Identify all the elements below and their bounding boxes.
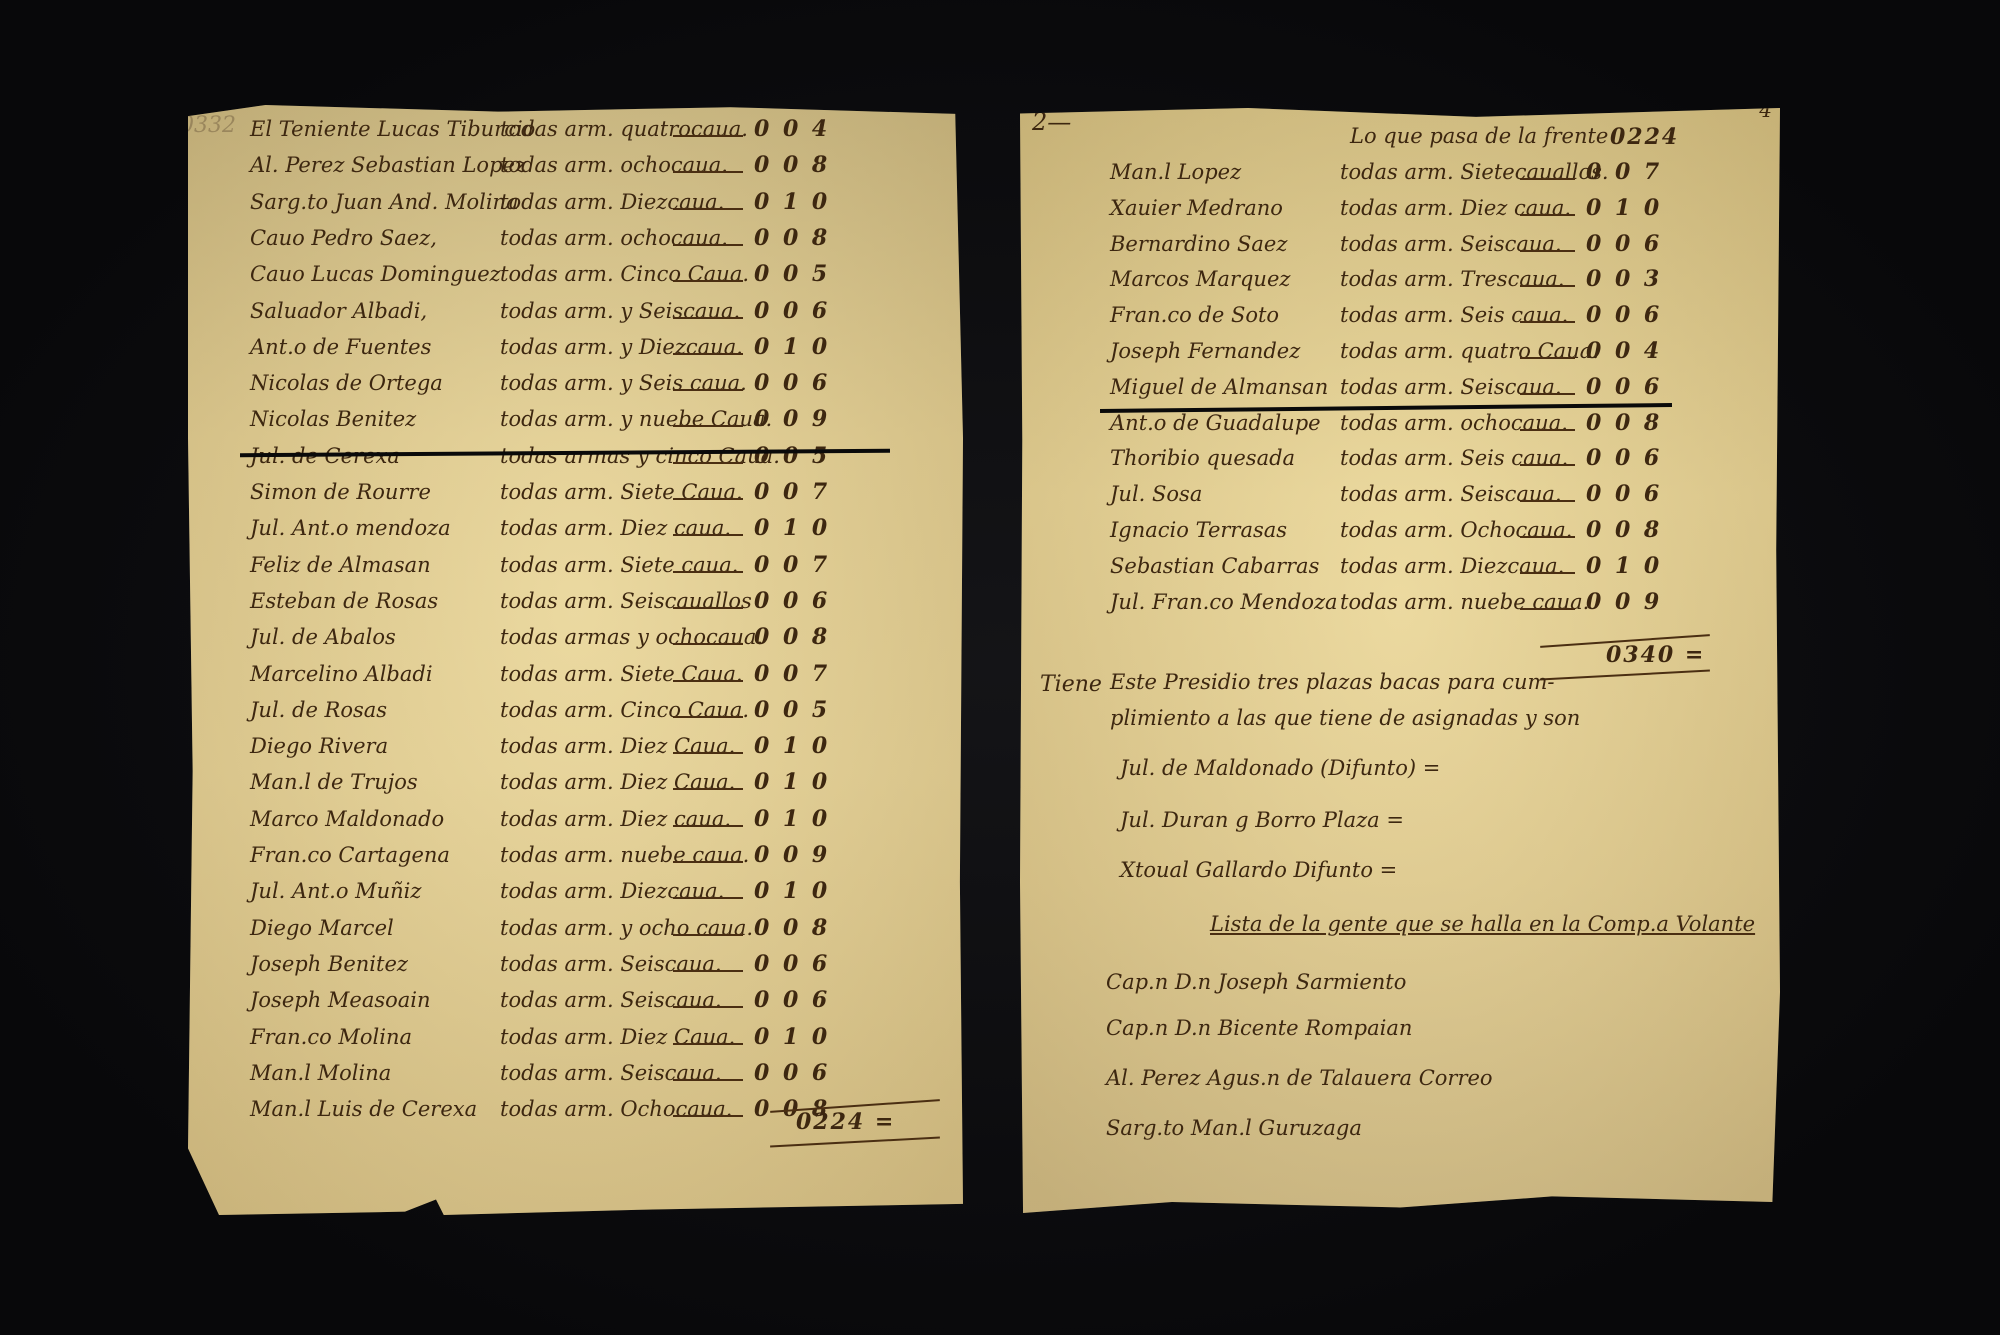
leader-line	[1520, 321, 1575, 323]
soldier-name: Cauo Lucas Dominguez	[250, 256, 501, 292]
arms-horses-text: todas arm. Seiscaua.	[1340, 226, 1562, 262]
soldier-name: Saluador Albadi,	[250, 293, 427, 329]
roster-row: Fran.co Molinatodas arm. Diez Caua.0 1 0	[188, 1019, 963, 1055]
horse-count: 0 0 4	[754, 111, 830, 147]
arms-horses-text: todas arm. Diezcaua.	[500, 184, 724, 220]
leader-line	[1520, 500, 1575, 502]
roster-row: Cauo Lucas Domingueztodas arm. Cinco Cau…	[188, 256, 963, 292]
horse-count: 0 0 5	[754, 692, 830, 728]
leader-line	[673, 425, 743, 427]
carried-total: 0224	[1610, 124, 1679, 150]
leader-line	[673, 244, 743, 246]
soldier-name: Thoribio quesada	[1110, 440, 1295, 476]
leader-line	[673, 280, 743, 282]
arms-horses-text: todas armas y cinco Caua.	[500, 438, 780, 474]
horse-count: 0 1 0	[754, 1019, 830, 1055]
leader-line	[1520, 536, 1575, 538]
arms-horses-text: todas arm. Diezcaua.	[1340, 548, 1564, 584]
arms-horses-text: todas arm. Siete Caua.	[500, 474, 743, 510]
roster-row: Joseph Fernandeztodas arm. quatro Caua.0…	[1020, 333, 1780, 369]
horse-count: 0 0 6	[1586, 369, 1662, 405]
soldier-name: Jul. de Abalos	[250, 619, 396, 655]
leader-line	[673, 788, 743, 790]
roster-row: Marcelino Albaditodas arm. Siete Caua.0 …	[188, 656, 963, 692]
arms-horses-text: todas arm. y nuebe Caua.	[500, 401, 772, 437]
soldier-name: Man.l Lopez	[1110, 154, 1241, 190]
leader-line	[1520, 250, 1575, 252]
leader-line	[673, 934, 743, 936]
roster-row: Xauier Medranotodas arm. Diez caua.0 1 0	[1020, 190, 1780, 226]
horse-count: 0 0 4	[1586, 333, 1662, 369]
arms-horses-text: todas arm. Siete caua.	[500, 547, 738, 583]
leader-line	[673, 571, 743, 573]
arms-horses-text: todas arm. Trescaua.	[1340, 261, 1565, 297]
soldier-name: El Teniente Lucas Tiburcio	[250, 111, 535, 147]
roster-row: Fran.co Cartagenatodas arm. nuebe caua.0…	[188, 837, 963, 873]
horse-count: 0 1 0	[754, 764, 830, 800]
arms-horses-text: todas arm. y Seis caua.	[500, 365, 747, 401]
leader-line	[1520, 214, 1575, 216]
leader-line	[673, 680, 743, 682]
horse-count: 0 0 7	[754, 547, 830, 583]
page-header: Lo que pasa de la frente	[1350, 124, 1608, 148]
soldier-name: Bernardino Saez	[1110, 226, 1287, 262]
roster-row: Sarg.to Juan And. Molinatodas arm. Diezc…	[188, 184, 963, 220]
roster-row: Feliz de Almasantodas arm. Siete caua.0 …	[188, 547, 963, 583]
roster-row: Al. Perez Sebastian Lopeztodas arm. ocho…	[188, 147, 963, 183]
leader-line	[1520, 429, 1575, 431]
roster-row: Joseph Beniteztodas arm. Seiscaua.0 0 6	[188, 946, 963, 982]
roster-row: Jul. de Abalostodas armas y ochocaua.0 0…	[188, 619, 963, 655]
soldier-name: Ant.o de Fuentes	[250, 329, 431, 365]
horse-count: 0 0 6	[754, 293, 830, 329]
roster-row: Jul. Sosatodas arm. Seiscaua.0 0 6	[1020, 476, 1780, 512]
leader-line	[673, 208, 743, 210]
roster-row: Ignacio Terrasastodas arm. Ochocaua.0 0 …	[1020, 512, 1780, 548]
page-number: 2—	[1032, 108, 1071, 136]
arms-horses-text: todas arm. Sietecauallos.	[1340, 154, 1609, 190]
soldier-name: Man.l de Trujos	[250, 764, 418, 800]
arms-horses-text: todas armas y ochocaua.	[500, 619, 763, 655]
soldier-name: Fran.co Molina	[250, 1019, 412, 1055]
roster-row: Bernardino Saeztodas arm. Seiscaua.0 0 6	[1020, 226, 1780, 262]
horse-count: 0 1 0	[754, 510, 830, 546]
horse-count: 0 0 7	[1586, 154, 1662, 190]
soldier-name: Al. Perez Sebastian Lopez	[250, 147, 526, 183]
horse-count: 0 1 0	[754, 728, 830, 764]
horse-count: 0 0 6	[754, 583, 830, 619]
roster-row: Saluador Albadi,todas arm. y Seiscaua.0 …	[188, 293, 963, 329]
arms-horses-text: todas arm. Diez Caua.	[500, 764, 735, 800]
soldier-name: Jul. Fran.co Mendoza	[1110, 584, 1338, 620]
horse-count: 0 0 6	[1586, 297, 1662, 333]
arms-horses-text: todas arm. y Seiscaua.	[500, 293, 740, 329]
total-underline-2	[770, 1137, 940, 1148]
arms-horses-text: todas arm. Seiscaua.	[500, 982, 722, 1018]
arms-horses-text: todas arm. y ocho caua.	[500, 910, 753, 946]
roster-row: El Teniente Lucas Tiburciotodas arm. qua…	[188, 111, 963, 147]
arms-horses-text: todas arm. Seiscaua.	[1340, 476, 1562, 512]
arms-horses-text: todas arm. Diezcaua.	[500, 873, 724, 909]
soldier-name: Cauo Pedro Saez,	[250, 220, 437, 256]
roster-row: Esteban de Rosastodas arm. Seiscauallos0…	[188, 583, 963, 619]
soldier-name: Xauier Medrano	[1110, 190, 1283, 226]
leader-line	[673, 1115, 743, 1117]
roster-row: Man.l Lopeztodas arm. Sietecauallos.0 0 …	[1020, 154, 1780, 190]
arms-horses-text: todas arm. Siete Caua.	[500, 656, 743, 692]
arms-horses-text: todas arm. Diez caua.	[1340, 190, 1571, 226]
roster-row: Thoribio quesadatodas arm. Seis caua.0 0…	[1020, 440, 1780, 476]
arms-horses-text: todas arm. Diez caua.	[500, 510, 731, 546]
horse-count: 0 1 0	[754, 184, 830, 220]
roster-row: Marcos Marqueztodas arm. Trescaua.0 0 3	[1020, 261, 1780, 297]
right-manuscript-page: 2— 4 Lo que pasa de la frente 0224 Man.l…	[1020, 108, 1780, 1213]
arms-horses-text: todas arm. Seis caua.	[1340, 297, 1568, 333]
roster-row: Miguel de Almansantodas arm. Seiscaua.0 …	[1020, 369, 1780, 405]
roster-row: Marco Maldonadotodas arm. Diez caua.0 1 …	[188, 801, 963, 837]
arms-horses-text: todas arm. Seiscaua.	[500, 1055, 722, 1091]
leader-line	[673, 498, 743, 500]
leader-line	[673, 897, 743, 899]
roster-row: Jul. Ant.o Muñiztodas arm. Diezcaua.0 1 …	[188, 873, 963, 909]
horse-count: 0 0 6	[754, 1055, 830, 1091]
roster-row: Diego Riveratodas arm. Diez Caua.0 1 0	[188, 728, 963, 764]
horse-count: 0 0 5	[754, 438, 830, 474]
roster-row: Diego Marceltodas arm. y ocho caua.0 0 8	[188, 910, 963, 946]
horse-count: 0 1 0	[1586, 190, 1662, 226]
officer-line-4: Sarg.to Man.l Guruzaga	[1106, 1116, 1362, 1140]
horse-count: 0 0 7	[754, 656, 830, 692]
soldier-name: Joseph Fernandez	[1110, 333, 1300, 369]
note-line-2: plimiento a las que tiene de asignadas y…	[1110, 706, 1580, 730]
horse-count: 0 0 8	[754, 910, 830, 946]
arms-horses-text: todas arm. y Diezcaua.	[500, 329, 743, 365]
horse-count: 0 0 8	[1586, 512, 1662, 548]
arms-horses-text: todas arm. nuebe caua.	[1340, 584, 1589, 620]
horse-count: 0 1 0	[754, 801, 830, 837]
horse-count: 0 0 7	[754, 474, 830, 510]
officer-line-2: Cap.n D.n Bicente Rompaian	[1106, 1016, 1412, 1040]
roster-row: Jul. de Rosastodas arm. Cinco Caua.0 0 5	[188, 692, 963, 728]
leader-line	[1520, 464, 1575, 466]
leader-line	[673, 970, 743, 972]
leader-line	[673, 1079, 743, 1081]
leader-line	[673, 317, 743, 319]
horse-count: 0 0 8	[754, 220, 830, 256]
arms-horses-text: todas arm. Seiscaua.	[1340, 369, 1562, 405]
leader-line	[1520, 285, 1575, 287]
soldier-name: Diego Rivera	[250, 728, 388, 764]
leader-line	[673, 752, 743, 754]
soldier-name: Jul. Ant.o mendoza	[250, 510, 451, 546]
horse-count: 0 0 6	[1586, 440, 1662, 476]
leader-line	[673, 607, 743, 609]
soldier-name: Sebastian Cabarras	[1110, 548, 1319, 584]
soldier-name: Marcos Marquez	[1110, 261, 1290, 297]
arms-horses-text: todas arm. ochocaua.	[500, 220, 728, 256]
leader-line	[673, 1043, 743, 1045]
roster-row: Nicolas Beniteztodas arm. y nuebe Caua.0…	[188, 401, 963, 437]
soldier-name: Sarg.to Juan And. Molina	[250, 184, 519, 220]
horse-count: 0 0 3	[1586, 261, 1662, 297]
horse-count: 0 0 9	[754, 837, 830, 873]
arms-horses-text: todas arm. Ochocaua.	[1340, 512, 1572, 548]
leader-line	[1520, 178, 1575, 180]
arms-horses-text: todas arm. nuebe caua.	[500, 837, 749, 873]
arms-horses-text: todas arm. Cinco Caua.	[500, 256, 749, 292]
horse-count: 0 0 9	[1586, 584, 1662, 620]
soldier-name: Marcelino Albadi	[250, 656, 433, 692]
soldier-name: Man.l Luis de Cerexa	[250, 1091, 477, 1127]
horse-count: 0 0 6	[1586, 476, 1662, 512]
leader-line	[673, 716, 743, 718]
roster-row: Fran.co de Sototodas arm. Seis caua.0 0 …	[1020, 297, 1780, 333]
arms-horses-text: todas arm. Diez Caua.	[500, 1019, 735, 1055]
left-page-total: 0224 =	[796, 1109, 895, 1135]
leader-line	[673, 825, 743, 827]
soldier-name: Nicolas Benitez	[250, 401, 416, 437]
leader-line	[1520, 608, 1575, 610]
soldier-name: Jul. Sosa	[1110, 476, 1202, 512]
horse-count: 0 1 0	[754, 873, 830, 909]
roster-row: Joseph Measoaintodas arm. Seiscaua.0 0 6	[188, 982, 963, 1018]
vacancy-line-3: Xtoual Gallardo Difunto =	[1120, 858, 1397, 882]
arms-horses-text: todas arm. Diez Caua.	[500, 728, 735, 764]
horse-count: 0 0 8	[754, 619, 830, 655]
roster-row: Man.l de Trujostodas arm. Diez Caua.0 1 …	[188, 764, 963, 800]
margin-word: Tiene	[1040, 672, 1102, 697]
leader-line	[1520, 357, 1575, 359]
corner-mark: 4	[1759, 98, 1772, 122]
horse-count: 0 0 9	[754, 401, 830, 437]
soldier-name: Jul. de Rosas	[250, 692, 387, 728]
roster-row: Jul. Fran.co Mendozatodas arm. nuebe cau…	[1020, 584, 1780, 620]
roster-row: Man.l Molinatodas arm. Seiscaua.0 0 6	[188, 1055, 963, 1091]
leader-line	[673, 171, 743, 173]
soldier-name: Marco Maldonado	[250, 801, 444, 837]
leader-line	[673, 643, 743, 645]
arms-horses-text: todas arm. quatro Caua.	[1340, 333, 1599, 369]
horse-count: 0 1 0	[1586, 548, 1662, 584]
soldier-name: Nicolas de Ortega	[250, 365, 443, 401]
left-manuscript-page: 0332 El Teniente Lucas Tiburciotodas arm…	[188, 105, 963, 1215]
leader-line	[1520, 572, 1575, 574]
leader-line	[673, 389, 743, 391]
soldier-name: Joseph Benitez	[250, 946, 408, 982]
arms-horses-text: todas arm. Seiscauallos	[500, 583, 752, 619]
roster-row: Ant.o de Fuentestodas arm. y Diezcaua.0 …	[188, 329, 963, 365]
arms-horses-text: todas arm. ochocaua.	[500, 147, 728, 183]
horse-count: 0 0 6	[1586, 226, 1662, 262]
list-title: Lista de la gente que se halla en la Com…	[1210, 912, 1755, 936]
soldier-name: Fran.co de Soto	[1110, 297, 1279, 333]
right-page-total: 0340 =	[1606, 642, 1705, 668]
horse-count: 0 0 8	[1586, 405, 1662, 441]
soldier-name: Simon de Rourre	[250, 474, 431, 510]
roster-row: Simon de Rourretodas arm. Siete Caua.0 0…	[188, 474, 963, 510]
horse-count: 0 0 6	[754, 946, 830, 982]
soldier-name: Joseph Measoain	[250, 982, 431, 1018]
note-line-1: Este Presidio tres plazas bacas para cum…	[1110, 670, 1554, 694]
roster-row: Nicolas de Ortegatodas arm. y Seis caua.…	[188, 365, 963, 401]
leader-line	[673, 462, 743, 464]
arms-horses-text: todas arm. Ochocaua.	[500, 1091, 732, 1127]
arms-horses-text: todas arm. Diez caua.	[500, 801, 731, 837]
vacancy-line-1: Jul. de Maldonado (Difunto) =	[1120, 756, 1440, 780]
total-underline-2	[1540, 670, 1710, 681]
soldier-name: Feliz de Almasan	[250, 547, 431, 583]
horse-count: 0 0 8	[754, 147, 830, 183]
horse-count: 0 0 6	[754, 982, 830, 1018]
soldier-name: Man.l Molina	[250, 1055, 391, 1091]
soldier-name: Ignacio Terrasas	[1110, 512, 1287, 548]
roster-row: Jul. Ant.o mendozatodas arm. Diez caua.0…	[188, 510, 963, 546]
roster-row: Sebastian Cabarrastodas arm. Diezcaua.0 …	[1020, 548, 1780, 584]
soldier-name: Esteban de Rosas	[250, 583, 438, 619]
soldier-name: Miguel de Almansan	[1110, 369, 1328, 405]
leader-line	[673, 353, 743, 355]
soldier-name: Fran.co Cartagena	[250, 837, 450, 873]
horse-count: 0 1 0	[754, 329, 830, 365]
roster-row: Cauo Pedro Saez,todas arm. ochocaua.0 0 …	[188, 220, 963, 256]
arms-horses-text: todas arm. Seiscaua.	[500, 946, 722, 982]
horse-count: 0 0 5	[754, 256, 830, 292]
arms-horses-text: todas arm. Seis caua.	[1340, 440, 1568, 476]
soldier-name: Diego Marcel	[250, 910, 394, 946]
horse-count: 0 0 6	[754, 365, 830, 401]
officer-line-1: Cap.n D.n Joseph Sarmiento	[1106, 970, 1406, 994]
vacancy-line-2: Jul. Duran g Borro Plaza =	[1120, 808, 1404, 832]
leader-line	[1520, 393, 1575, 395]
leader-line	[673, 861, 743, 863]
leader-line	[673, 135, 743, 137]
leader-line	[673, 1006, 743, 1008]
arms-horses-text: todas arm. Cinco Caua.	[500, 692, 749, 728]
officer-line-3: Al. Perez Agus.n de Talauera Correo	[1106, 1066, 1493, 1090]
soldier-name: Jul. Ant.o Muñiz	[250, 873, 421, 909]
arms-horses-text: todas arm. quatrocaua.	[500, 111, 748, 147]
leader-line	[673, 534, 743, 536]
